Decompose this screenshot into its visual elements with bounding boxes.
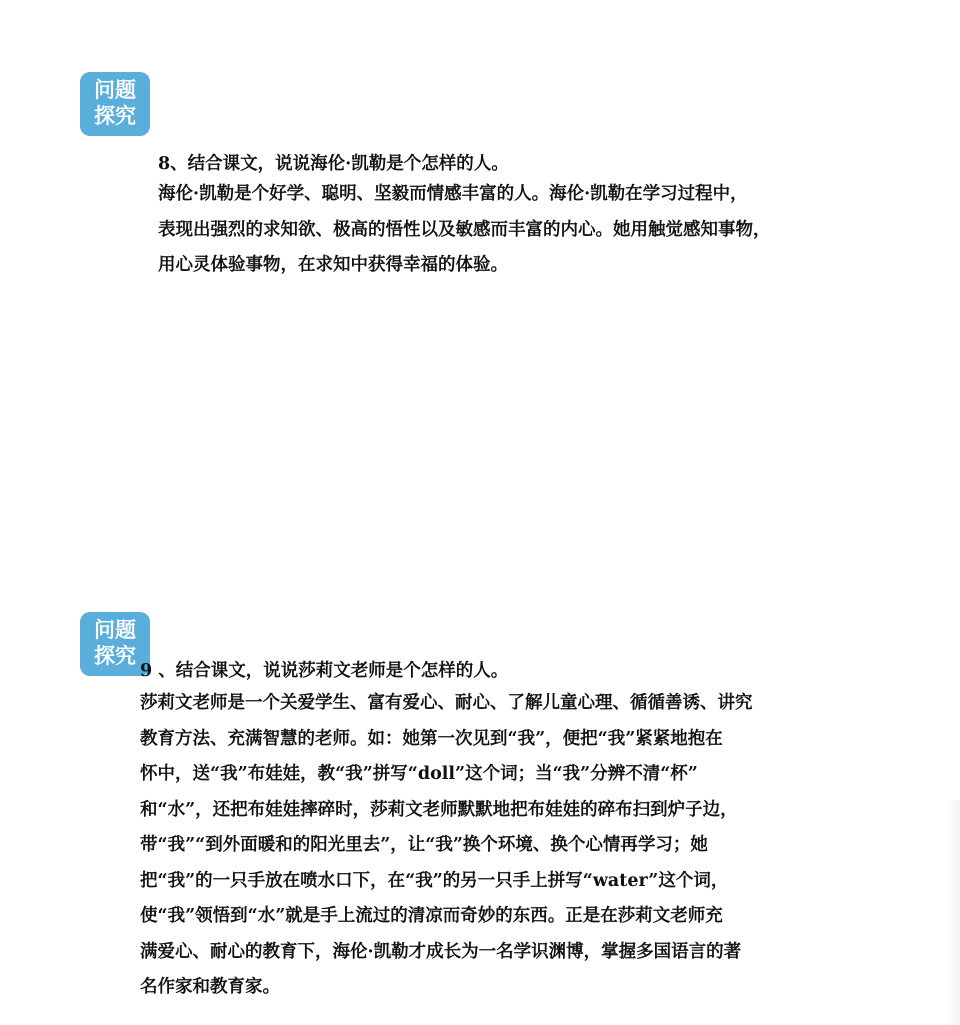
answer-line: 莎莉文老师是一个关爱学生、富有爱心、耐心、了解儿童心理、循循善诱、讲究 [140, 686, 753, 722]
answer-line: 教育方法、充满智慧的老师。如：她第一次见到“我”，便把“我”紧紧地抱在 [140, 722, 753, 758]
question-explore-badge: 问题 探究 [80, 72, 150, 136]
question-8-answer: 海伦·凯勒是个好学、聪明、坚毅而情感丰富的人。海伦·凯勒在学习过程中， 表现出强… [158, 177, 771, 284]
answer-line: 海伦·凯勒是个好学、聪明、坚毅而情感丰富的人。海伦·凯勒在学习过程中， [158, 177, 771, 213]
answer-line: 怀中，送“我”布娃娃，教“我”拼写“doll”这个词；当“我”分辨不清“杯” [140, 757, 753, 793]
page-edge-shadow [946, 800, 960, 1025]
answer-line: 满爱心、耐心的教育下，海伦·凯勒才成长为一名学识渊博，掌握多国语言的著 [140, 935, 753, 971]
badge-line-1: 问题 [80, 77, 150, 103]
answer-line: 名作家和教育家。 [140, 970, 753, 1006]
badge-line-2: 探究 [80, 103, 150, 129]
question-9-answer: 莎莉文老师是一个关爱学生、富有爱心、耐心、了解儿童心理、循循善诱、讲究 教育方法… [140, 686, 753, 1006]
answer-line: 带“我”“到外面暖和的阳光里去”，让“我”换个环境、换个心情再学习；她 [140, 828, 753, 864]
badge-line-1: 问题 [80, 617, 150, 643]
answer-line: 使“我”领悟到“水”就是手上流过的清凉而奇妙的东西。正是在莎莉文老师充 [140, 899, 753, 935]
answer-line: 和“水”，还把布娃娃摔碎时，莎莉文老师默默地把布娃娃的碎布扫到炉子边， [140, 793, 753, 829]
answer-line: 表现出强烈的求知欲、极高的悟性以及敏感而丰富的内心。她用触觉感知事物， [158, 213, 771, 249]
answer-line: 把“我”的一只手放在喷水口下，在“我”的另一只手上拼写“water”这个词， [140, 864, 753, 900]
answer-line: 用心灵体验事物，在求知中获得幸福的体验。 [158, 248, 771, 284]
question-8-title: 8、结合课文，说说海伦·凯勒是个怎样的人。 [158, 150, 509, 175]
question-9-title: 9 、结合课文，说说莎莉文老师是个怎样的人。 [140, 657, 508, 682]
